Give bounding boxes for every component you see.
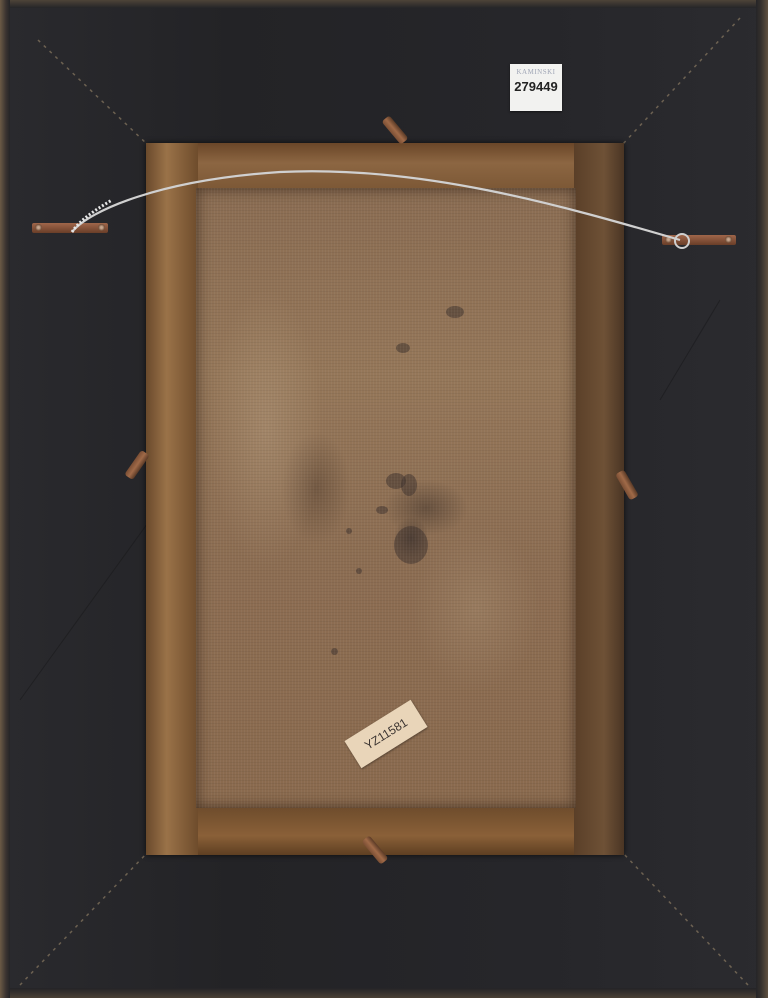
auction-inventory-label: KAMINSKI 279449 — [510, 64, 562, 111]
hanging-wire — [0, 0, 768, 998]
auction-label-number: 279449 — [510, 79, 562, 94]
picture-frame-back: KAMINSKI 279449 YZ11581 — [0, 0, 768, 998]
auction-label-brand: KAMINSKI — [510, 68, 562, 76]
